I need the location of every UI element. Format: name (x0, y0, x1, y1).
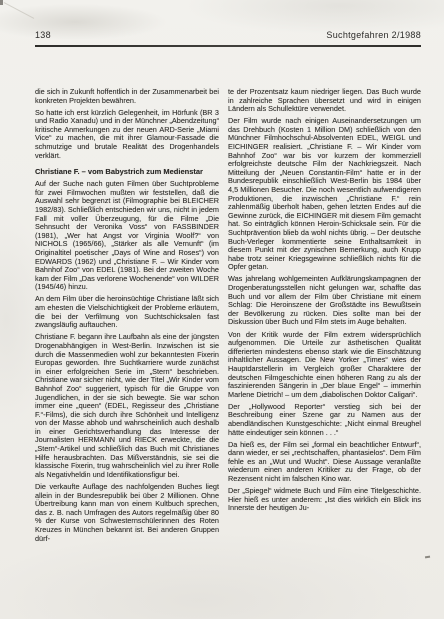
paragraph: Der „Spiegel“ widmete Buch und Film eine… (228, 487, 421, 513)
paragraph: Der „Hollywood Reporter“ verstieg sich b… (228, 403, 421, 437)
journal-title: Suchtgefahren 2/1988 (326, 30, 421, 40)
scan-artifact (425, 556, 430, 558)
paragraph: Auf der Suche nach guten Filmen über Suc… (35, 180, 219, 292)
paragraph: So hatte ich erst kürzlich Gelegenheit, … (35, 109, 219, 161)
two-column-body: die sich in Zukunft hoffentlich in der Z… (35, 88, 421, 547)
paragraph: Der Film wurde nach einigen Auseinanders… (228, 117, 421, 272)
paragraph: Christiane F. begann ihre Laufbahn als e… (35, 333, 219, 479)
paragraph: An dem Film über die heroinsüchtige Chri… (35, 295, 219, 329)
paragraph: te der Prozentsatz kaum niedriger liegen… (228, 88, 421, 114)
page-number: 138 (35, 30, 51, 40)
paragraph: Was jahrelang wohlgemeinten Aufklärungsk… (228, 275, 421, 327)
paragraph: Von der Kritik wurde der Film extrem wid… (228, 331, 421, 400)
left-column: die sich in Zukunft hoffentlich in der Z… (35, 88, 219, 547)
right-column: te der Prozentsatz kaum niedriger liegen… (228, 88, 421, 547)
paragraph: die sich in Zukunft hoffentlich in der Z… (35, 88, 219, 105)
scan-artifact (4, 2, 34, 19)
header-rule (35, 45, 421, 47)
scanned-journal-page: 138 Suchtgefahren 2/1988 die sich in Zuk… (0, 0, 444, 619)
page-header: 138 Suchtgefahren 2/1988 (35, 30, 421, 40)
scan-artifact (0, 0, 3, 5)
section-heading: Christiane F. – vom Babystrich zum Medie… (35, 167, 219, 176)
paragraph: Da hieß es, der Film sei „formal ein bea… (228, 441, 421, 484)
paragraph: Die verkaufte Auflage des nachfolgenden … (35, 483, 219, 543)
